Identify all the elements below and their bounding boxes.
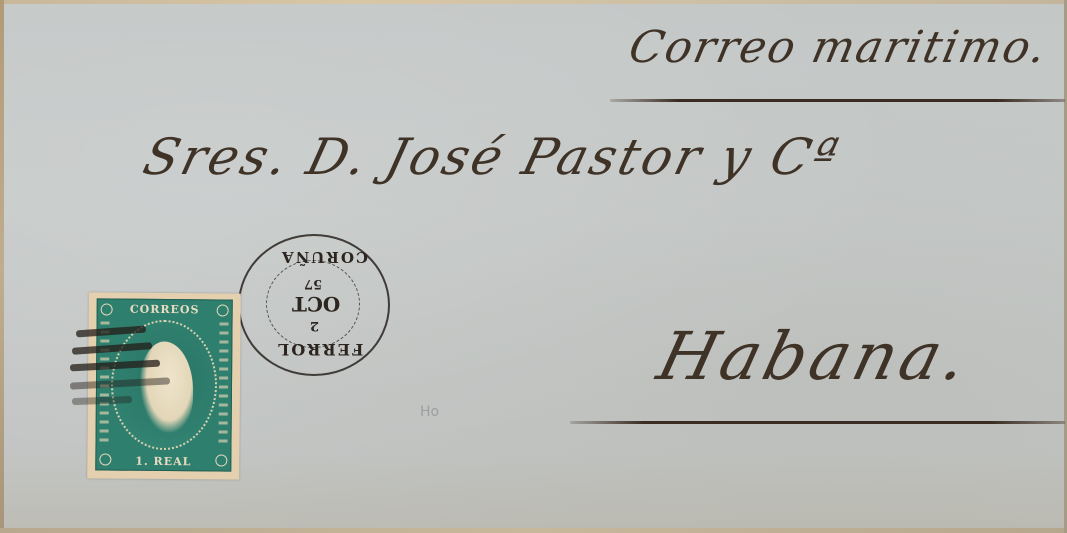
- faint-pencil-marking: Ho: [420, 404, 439, 420]
- postmark-province: CORUÑA: [280, 248, 368, 266]
- addressee: Sres. D. José Pastor y Cª: [138, 128, 847, 186]
- stamp-corner-ornament: [217, 304, 229, 316]
- route-note: Correo maritimo.: [625, 22, 1053, 73]
- queen-portrait: [140, 341, 194, 432]
- destination: Habana.: [650, 318, 979, 395]
- route-underline: [610, 99, 1065, 102]
- paper-edge-left: [0, 0, 4, 533]
- postmark-month: OCT: [292, 292, 340, 316]
- postmark-day: 2: [310, 318, 319, 333]
- stamp-value-label: 1. REAL: [96, 451, 230, 470]
- paper-edge-bottom: [0, 528, 1067, 533]
- postmark-year: 57: [304, 276, 322, 291]
- stamp-top-label: CORREOS: [98, 299, 232, 318]
- destination-underline: [570, 421, 1065, 424]
- postmark-town: FERROL: [276, 340, 363, 359]
- stamp-right-ornament: [218, 322, 228, 448]
- stamp-corner-ornament: [101, 303, 113, 315]
- postal-cover: Correo maritimo. Sres. D. José Pastor y …: [0, 0, 1067, 533]
- postmark: CORUÑA 57 OCT 2 FERROL: [238, 234, 390, 376]
- paper-edge-top: [0, 0, 1067, 4]
